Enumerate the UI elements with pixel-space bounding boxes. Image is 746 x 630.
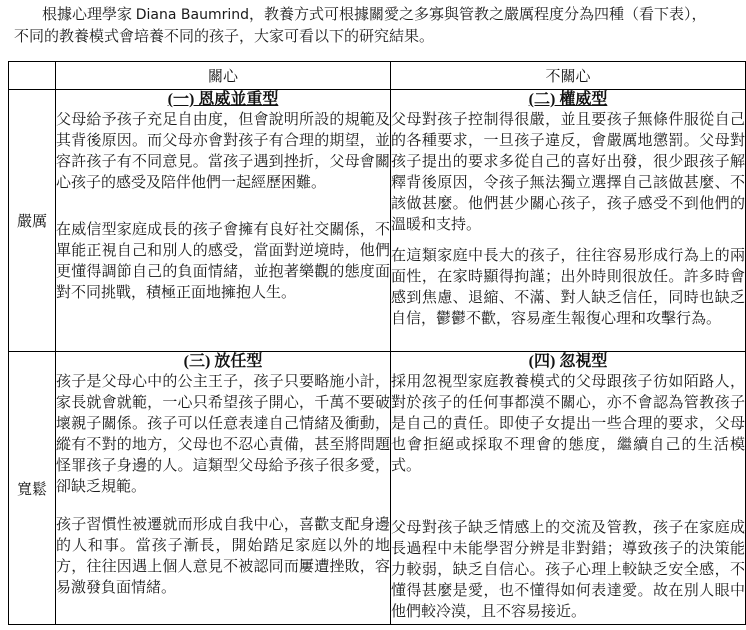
cell-paragraph: 孩子是父母心中的公主王子，孩子只要略施小計，家長就會就範，一心只希望孩子開心，千…	[56, 372, 390, 498]
cell-paragraph: 父母給予孩子充足自由度，但會說明所設的規範及其背後原因。而父母亦會對孩子有合理的…	[56, 110, 390, 194]
column-header-uncaring: 不關心	[391, 62, 746, 90]
cell-paragraph: 在威信型家庭成長的孩子會擁有良好社交關係，不單能正視自己和別人的感受，當面對逆境…	[56, 220, 390, 304]
intro-line2: 不同的教養模式會培養不同的孩子，大家可看以下的研究結果。	[14, 26, 740, 48]
row-header-lenient: 寬鬆	[9, 352, 56, 625]
table-header-row: 關心 不關心	[9, 62, 746, 90]
table-row-strict: 嚴厲 (一) 恩威並重型 父母給予孩子充足自由度，但會說明所設的規範及其背後原因…	[9, 90, 746, 352]
cell-paragraph: 孩子習慣性被遷就而形成自我中心，喜歡支配身邊的人和事。當孩子漸長，開始踏足家庭以…	[56, 515, 390, 599]
intro-prefix: 根據心理學家	[42, 7, 136, 23]
psychologist-name: Diana Baumrind	[136, 7, 249, 23]
row-header-strict: 嚴厲	[9, 90, 56, 352]
cell-authoritative-reciprocal: (一) 恩威並重型 父母給予孩子充足自由度，但會說明所設的規範及其背後原因。而父…	[56, 90, 391, 352]
parenting-styles-table: 關心 不關心 嚴厲 (一) 恩威並重型 父母給予孩子充足自由度，但會說明所設的規…	[8, 61, 746, 625]
cell-paragraph: 採用忽視型家庭教養模式的父母跟孩子彷如陌路人，對於孩子的任何事都漠不關心，亦不會…	[391, 372, 745, 477]
cell-paragraph: 在這類家庭中長大的孩子，往往容易形成行為上的兩面性，在家時顯得拘謹；出外時則很放…	[391, 246, 745, 330]
table-row-lenient: 寬鬆 (三) 放任型 孩子是父母心中的公主王子，孩子只要略施小計，家長就會就範，…	[9, 352, 746, 625]
intro-paragraph: 根據心理學家 Diana Baumrind，教養方式可根據關愛之多寡與管教之嚴厲…	[14, 4, 740, 48]
cell-title-type1: (一) 恩威並重型	[56, 90, 390, 110]
cell-paragraph: 父母對孩子控制得很嚴，並且要孩子無條件服從自己的各種要求，一旦孩子違反，會嚴厲地…	[391, 110, 745, 236]
cell-paragraph: 父母對孩子缺乏情感上的交流及管教，孩子在家庭成長過程中未能學習分辨是非對錯；導致…	[391, 518, 745, 623]
intro-line1-rest: ，教養方式可根據關愛之多寡與管教之嚴厲程度分為四種（看下表），	[249, 7, 707, 23]
cell-permissive: (三) 放任型 孩子是父母心中的公主王子，孩子只要略施小計，家長就會就範，一心只…	[56, 352, 391, 625]
cell-neglectful: (四) 忽視型 採用忽視型家庭教養模式的父母跟孩子彷如陌路人，對於孩子的任何事都…	[391, 352, 746, 625]
cell-title-type2: (二) 權威型	[391, 90, 745, 110]
cell-title-type4: (四) 忽視型	[391, 352, 745, 372]
column-header-caring: 關心	[56, 62, 391, 90]
document-page: 根據心理學家 Diana Baumrind，教養方式可根據關愛之多寡與管教之嚴厲…	[0, 0, 746, 630]
table-corner-cell	[9, 62, 56, 90]
cell-title-type3: (三) 放任型	[56, 352, 390, 372]
intro-line1: 根據心理學家 Diana Baumrind，教養方式可根據關愛之多寡與管教之嚴厲…	[14, 4, 740, 26]
cell-authoritarian: (二) 權威型 父母對孩子控制得很嚴，並且要孩子無條件服從自己的各種要求，一旦孩…	[391, 90, 746, 352]
